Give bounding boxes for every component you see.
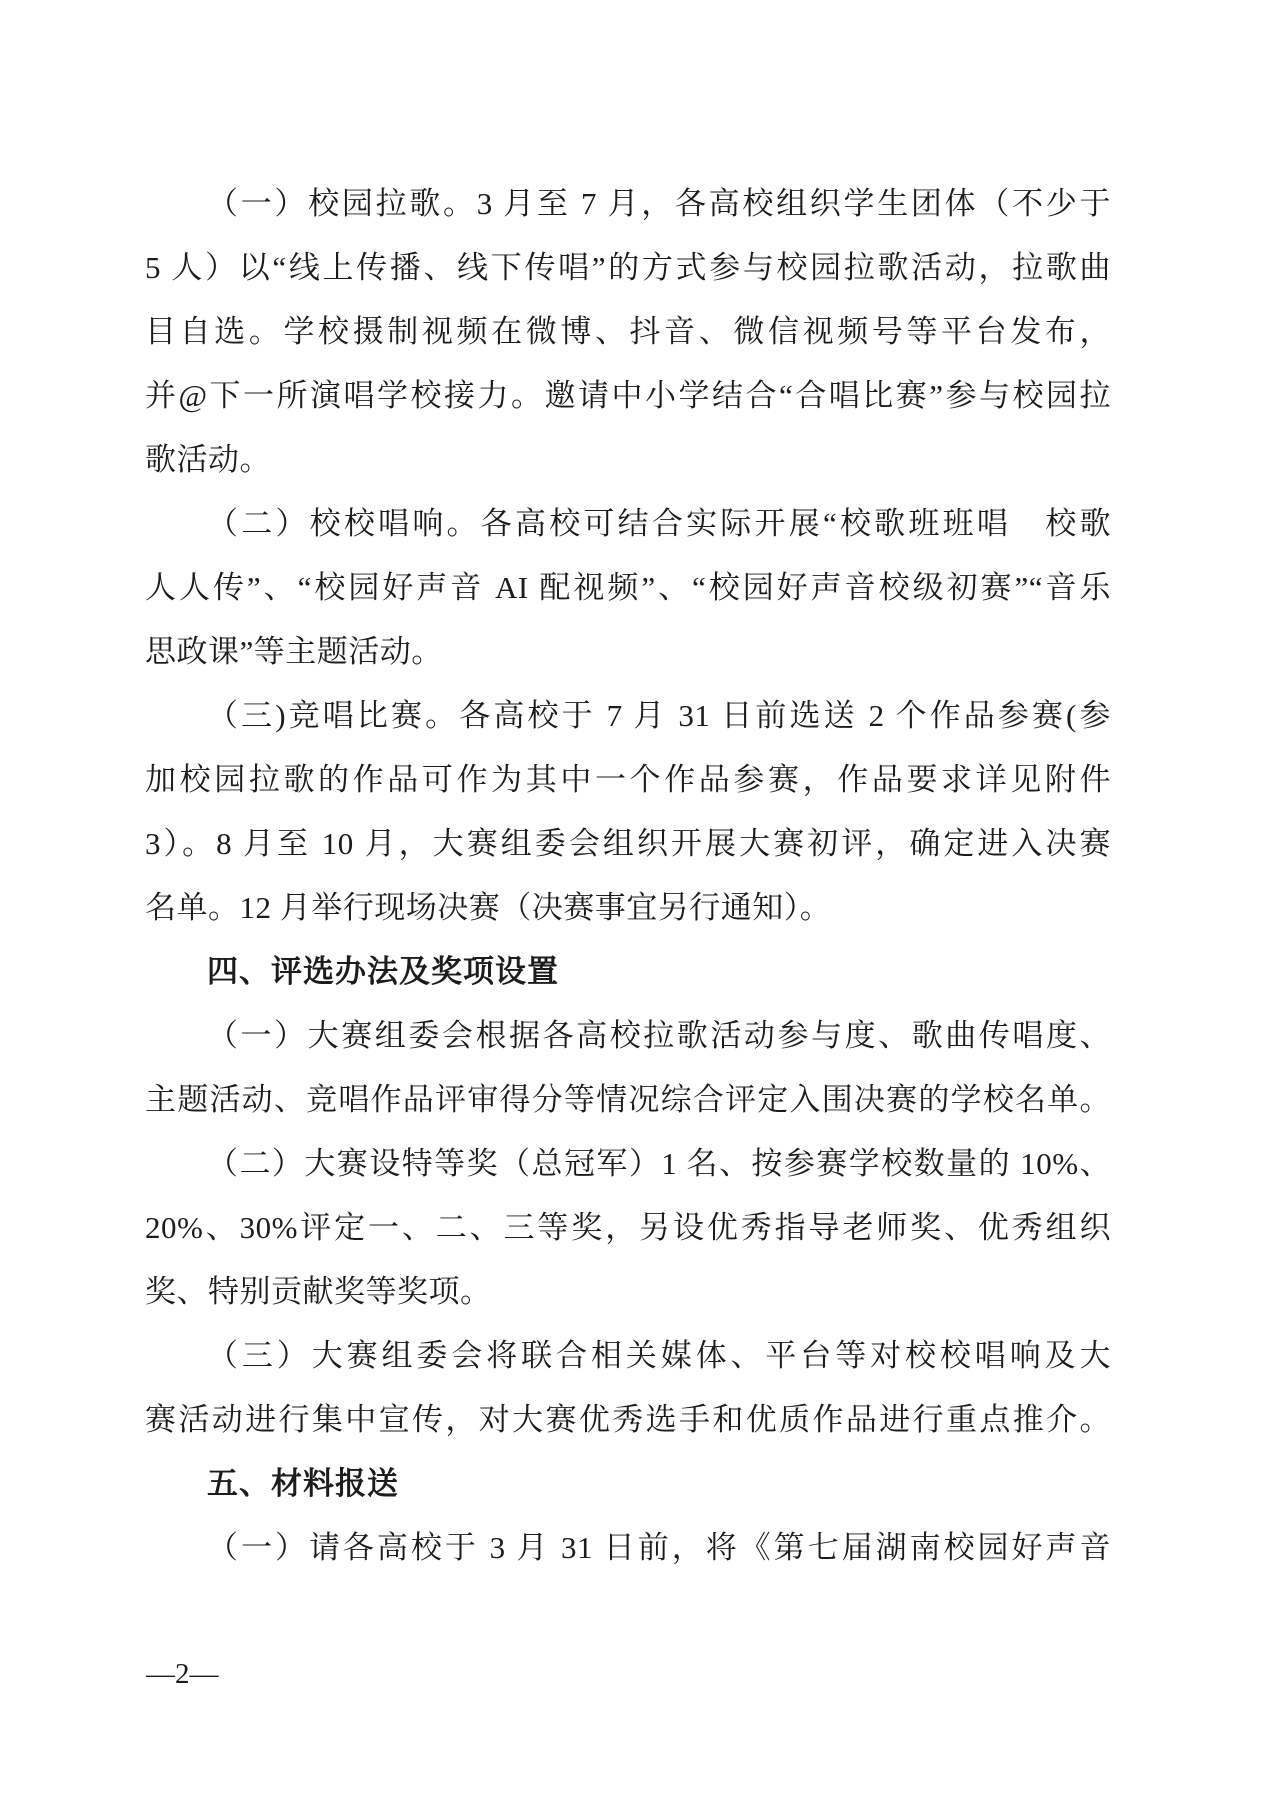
page-number: —2— bbox=[146, 1656, 219, 1692]
text-line: 3）。8 月至 10 月，大赛组委会组织开展大赛初评，确定进入决赛 bbox=[145, 812, 1111, 876]
section-heading: 四、评选办法及奖项设置 bbox=[145, 940, 1111, 1004]
text-line: 并@下一所演唱学校接力。邀请中小学结合“合唱比赛”参与校园拉 bbox=[145, 364, 1111, 428]
text-line: 歌活动。 bbox=[145, 428, 1111, 492]
section-heading: 五、材料报送 bbox=[145, 1452, 1111, 1516]
text-line: （三)竞唱比赛。各高校于 7 月 31 日前选送 2 个作品参赛(参 bbox=[145, 684, 1111, 748]
text-line: （一）请各高校于 3 月 31 日前，将《第七届湖南校园好声音 bbox=[145, 1516, 1111, 1580]
text-line: （二）大赛设特等奖（总冠军）1 名、按参赛学校数量的 10%、 bbox=[145, 1132, 1111, 1196]
text-line: 20%、30%评定一、二、三等奖，另设优秀指导老师奖、优秀组织 bbox=[145, 1196, 1111, 1260]
text-line: （三）大赛组委会将联合相关媒体、平台等对校校唱响及大 bbox=[145, 1324, 1111, 1388]
text-line: （一）校园拉歌。3 月至 7 月，各高校组织学生团体（不少于 bbox=[145, 172, 1111, 236]
text-line: 赛活动进行集中宣传，对大赛优秀选手和优质作品进行重点推介。 bbox=[145, 1388, 1111, 1452]
text-line: 奖、特别贡献奖等奖项。 bbox=[145, 1260, 1111, 1324]
document-body: （一）校园拉歌。3 月至 7 月，各高校组织学生团体（不少于5 人）以“线上传播… bbox=[145, 172, 1111, 1580]
document-page: （一）校园拉歌。3 月至 7 月，各高校组织学生团体（不少于5 人）以“线上传播… bbox=[0, 0, 1268, 1793]
text-line: 主题活动、竞唱作品评审得分等情况综合评定入围决赛的学校名单。 bbox=[145, 1068, 1111, 1132]
text-line: 5 人）以“线上传播、线下传唱”的方式参与校园拉歌活动，拉歌曲 bbox=[145, 236, 1111, 300]
text-line: 人人传”、“校园好声音 AI 配视频”、“校园好声音校级初赛”“音乐 bbox=[145, 556, 1111, 620]
text-line: （一）大赛组委会根据各高校拉歌活动参与度、歌曲传唱度、 bbox=[145, 1004, 1111, 1068]
text-line: 名单。12 月举行现场决赛（决赛事宜另行通知）。 bbox=[145, 876, 1111, 940]
text-line: 目自选。学校摄制视频在微博、抖音、微信视频号等平台发布， bbox=[145, 300, 1111, 364]
text-line: 思政课”等主题活动。 bbox=[145, 620, 1111, 684]
text-line: （二）校校唱响。各高校可结合实际开展“校歌班班唱 校歌 bbox=[145, 492, 1111, 556]
text-line: 加校园拉歌的作品可作为其中一个作品参赛，作品要求详见附件 bbox=[145, 748, 1111, 812]
